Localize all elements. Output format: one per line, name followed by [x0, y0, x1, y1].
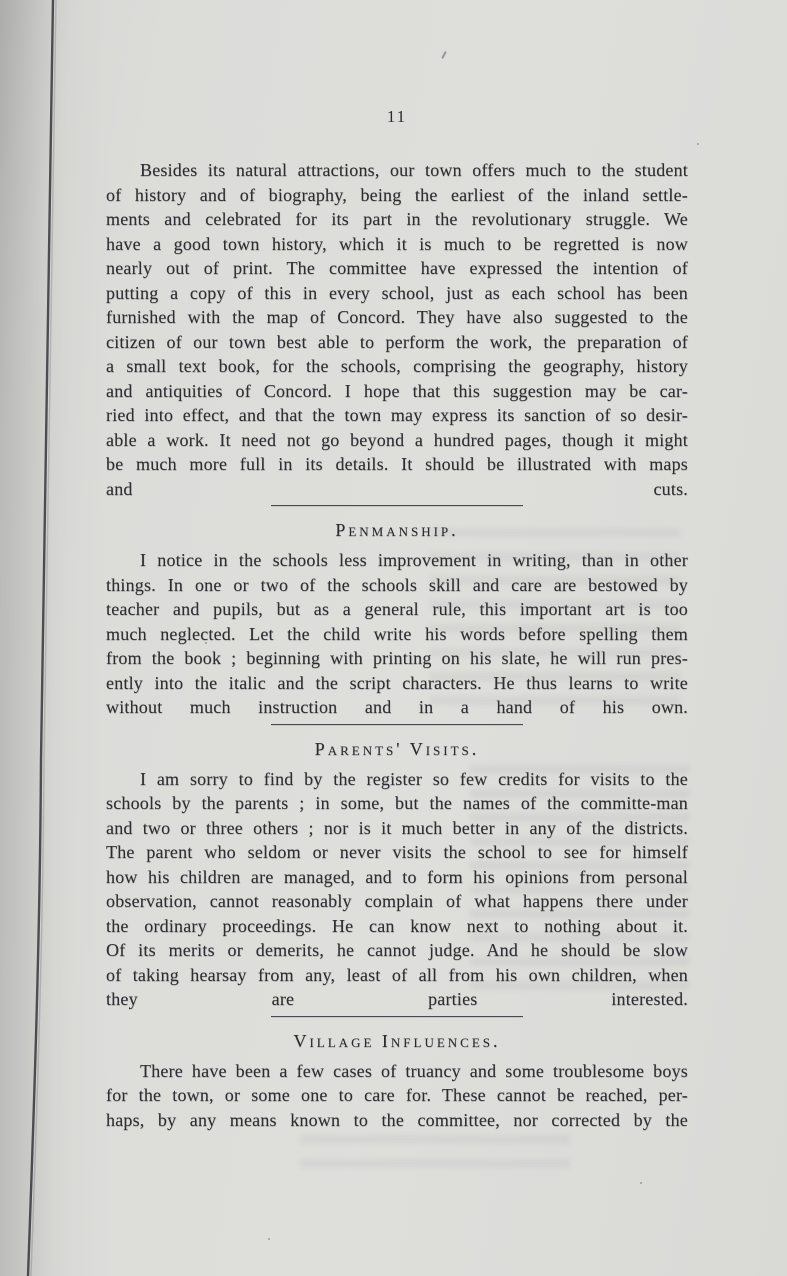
report-section: Penmanship.I notice in the schools less …	[106, 505, 688, 720]
text-line: I am sorry to find by the register so fe…	[106, 767, 688, 792]
text-line: I notice in the schools less improvement…	[106, 548, 688, 573]
text-line: observation, cannot reasonably complain …	[106, 889, 688, 914]
text-line: the ordinary proceedings. He can know ne…	[106, 914, 688, 939]
text-line: Of its merits or demerits, he cannot jud…	[106, 938, 688, 963]
text-block: Besides its natural attractions, our tow…	[106, 158, 688, 1132]
text-line: nearly out of print. The committee have …	[106, 256, 688, 281]
text-line: furnished with the map of Concord. They …	[106, 305, 688, 330]
text-line: The parent who seldom or never visits th…	[106, 840, 688, 865]
text-line: without much instruction and in a hand o…	[106, 695, 688, 720]
section-divider	[271, 724, 523, 725]
text-line: have a good town history, which it is mu…	[106, 232, 688, 257]
report-section: Parents' Visits.I am sorry to find by th…	[106, 724, 688, 1012]
text-line: teacher and pupils, but as a general rul…	[106, 597, 688, 622]
text-line: putting a copy of this in every school, …	[106, 281, 688, 306]
section-heading: Parents' Visits.	[106, 737, 688, 761]
text-line: and antiquities of Concord. I hope that …	[106, 379, 688, 404]
text-line: they are parties interested.	[106, 987, 688, 1012]
text-line: of history and of biography, being the e…	[106, 183, 688, 208]
text-line: and two or three others ; nor is it much…	[106, 816, 688, 841]
text-line: Besides its natural attractions, our tow…	[106, 158, 688, 183]
text-line: There have been a few cases of truancy a…	[106, 1059, 688, 1084]
text-line: ried into effect, and that the town may …	[106, 403, 688, 428]
text-line: be much more full in its details. It sho…	[106, 452, 688, 477]
text-line: of taking hearsay from any, least of all…	[106, 963, 688, 988]
text-line: citizen of our town best able to perform…	[106, 330, 688, 355]
text-line: from the book ; beginning with printing …	[106, 646, 688, 671]
text-line: haps, by any means known to the committe…	[106, 1108, 688, 1133]
text-line: a small text book, for the schools, comp…	[106, 354, 688, 379]
section-divider	[271, 505, 523, 506]
text-line: for the town, or some one to care for. T…	[106, 1083, 688, 1108]
scanned-book-page: 11 Besides its natural attractions, our …	[0, 0, 787, 1276]
report-section: Besides its natural attractions, our tow…	[106, 158, 688, 501]
section-divider	[271, 1016, 523, 1017]
page-number: 11	[106, 107, 688, 127]
text-line: schools by the parents ; in some, but th…	[106, 791, 688, 816]
section-heading: Penmanship.	[106, 518, 688, 542]
section-heading: Village Influences.	[106, 1029, 688, 1053]
text-line: and cuts.	[106, 477, 688, 502]
text-line: able a work. It need not go beyond a hun…	[106, 428, 688, 453]
text-line: things. In one or two of the schools ski…	[106, 573, 688, 598]
text-line: much neglected. Let the child write his …	[106, 622, 688, 647]
text-line: ments and celebrated for its part in the…	[106, 207, 688, 232]
text-line: ently into the italic and the script cha…	[106, 671, 688, 696]
report-section: Village Influences.There have been a few…	[106, 1016, 688, 1133]
text-line: how his children are managed, and to for…	[106, 865, 688, 890]
